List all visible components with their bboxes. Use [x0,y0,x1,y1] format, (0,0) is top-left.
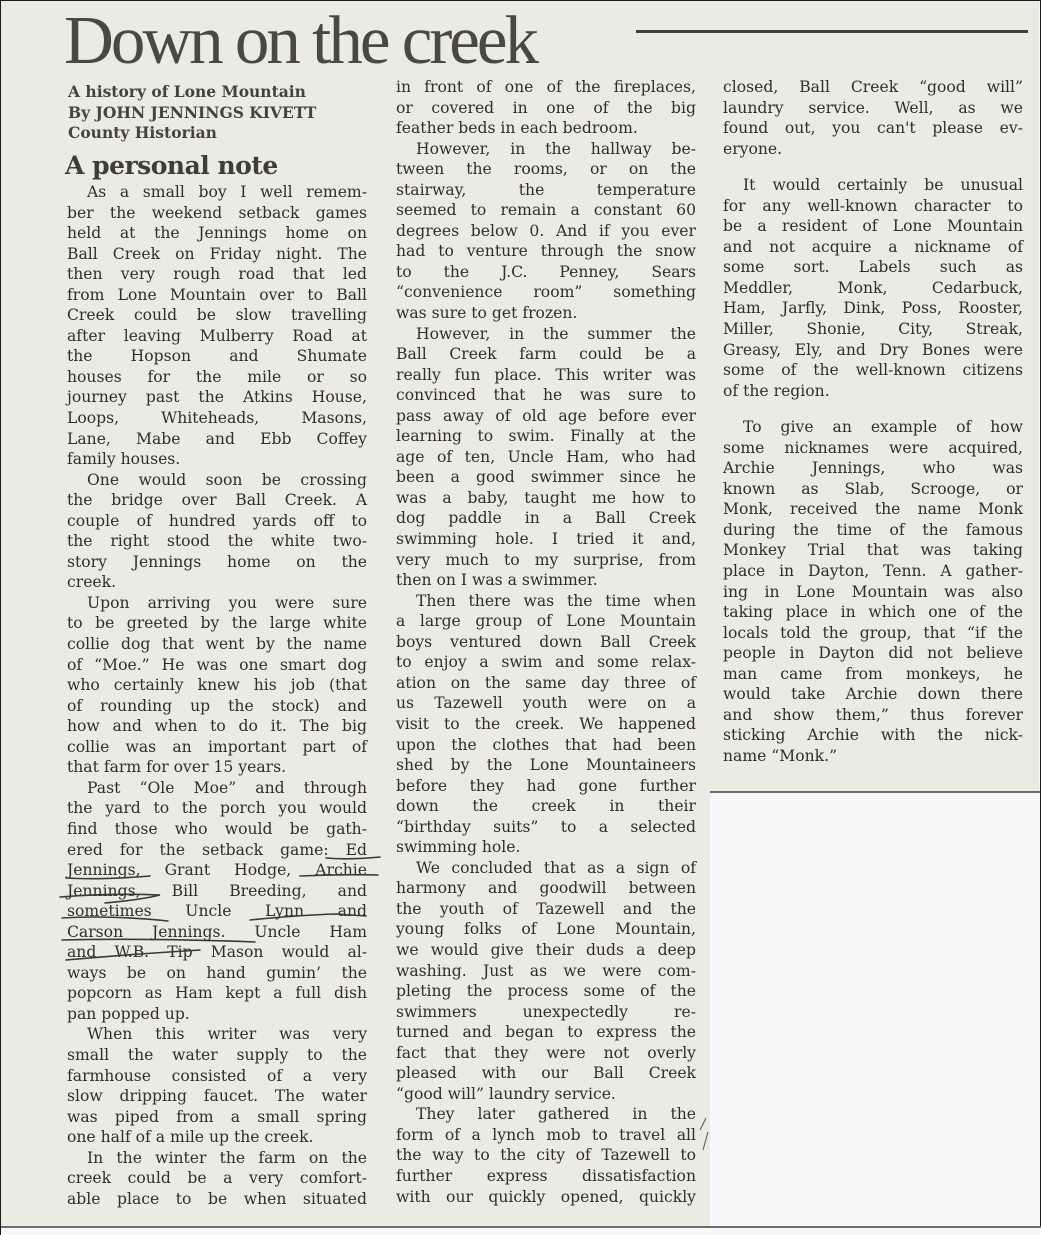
text-line: ing in Lone Mountain was also [723,582,1023,603]
text-line: Creek could be slow travelling [67,305,367,326]
text-line: However, in the hallway be- [396,139,696,160]
text-line: some nicknames were acquired, [723,438,1023,459]
text-line: visit to the creek. We happened [396,714,696,735]
text-line: further express dissatisfaction [396,1166,696,1187]
text-line: “convenience room” something [396,282,696,303]
text-line: young folks of Lone Mountain, [396,919,696,940]
text-line: learning to swim. Finally at the [396,426,696,447]
text-line: eryone. [723,139,1023,160]
text-line: To give an example of how [723,417,1023,438]
text-line: the youth of Tazewell and the [396,899,696,920]
text-line: to be greeted by the large white [67,613,367,634]
text-line: then on I was a swimmer. [396,570,696,591]
text-line: then very rough road that led [67,264,367,285]
text-line: very much to my surprise, from [396,550,696,571]
article-column-2: in front of one of the fireplaces,or cov… [396,77,696,1207]
text-line: was sure to get frozen. [396,303,696,324]
text-line: the way to the city of Tazewell to [396,1145,696,1166]
text-line: taking place in which one of the [723,602,1023,623]
text-line: collie was an important part of [67,737,367,758]
text-line: to enjoy a swim and some relax- [396,652,696,673]
text-line: a large group of Lone Mountain [396,611,696,632]
text-line: creek. [67,572,367,593]
text-line: couple of hundred yards off to [67,511,367,532]
text-line: pan popped up. [67,1004,367,1025]
text-line: Monkey Trial that was taking [723,540,1023,561]
paragraph-gap [723,401,1023,417]
text-line: turned and began to express the [396,1022,696,1043]
text-line: name “Monk.” [723,746,1023,767]
text-line: farmhouse consisted of a very [67,1066,367,1087]
text-line: known as Slab, Scrooge, or [723,479,1023,500]
text-line: harmony and goodwill between [396,878,696,899]
text-line: As a small boy I well remem- [67,182,367,203]
text-line: some of the well-known citizens [723,360,1023,381]
text-line: was a baby, taught me how to [396,488,696,509]
text-line: ways be on hand gumin’ the [67,963,367,984]
text-line: boys ventured down Ball Creek [396,632,696,653]
kicker: A history of Lone Mountain [68,82,378,103]
text-line: When this writer was very [67,1024,367,1045]
text-line: degrees below 0. And if you ever [396,221,696,242]
article-column-3: closed, Ball Creek “good will”laundry se… [723,77,1023,767]
text-line: down the creek in their [396,796,696,817]
text-line: In the winter the farm on the [67,1148,367,1169]
missing-clipping-area [710,791,1040,1235]
text-line: people in Dayton did not believe [723,643,1023,664]
text-line: before they had gone further [396,776,696,797]
text-line: the bridge over Ball Creek. A [67,490,367,511]
text-line: place in Dayton, Tenn. A gather- [723,561,1023,582]
text-line: us Tazewell youth were on a [396,693,696,714]
text-line: ered for the setback game: Ed [67,840,367,861]
text-line: “birthday suits” to a selected [396,817,696,838]
text-line: Past “Ole Moe” and through [67,778,367,799]
text-line: from Lone Mountain over to Ball [67,285,367,306]
text-line: pleting the process some of the [396,981,696,1002]
text-line: and not acquire a nickname of [723,237,1023,258]
text-line: would take Archie down there [723,684,1023,705]
text-line: with our quickly opened, quickly [396,1187,696,1208]
text-line: man came from monkeys, he [723,664,1023,685]
text-line: swimmers unexpectedly re- [396,1002,696,1023]
text-line: tween the rooms, or on the [396,159,696,180]
text-line: Then there was the time when [396,591,696,612]
text-line: Lane, Mabe and Ebb Coffey [67,429,367,450]
text-line: the yard to the porch you would [67,798,367,819]
text-line: swimming hole. I tried it and, [396,529,696,550]
text-line: upon the clothes that had been [396,735,696,756]
headline: Down on the creek [64,0,536,80]
text-line: of rounding up the stock) and [67,696,367,717]
text-line: washing. Just as we were com- [396,961,696,982]
text-line: “good will” laundry service. [396,1084,696,1105]
text-line: form of a lynch mob to travel all [396,1125,696,1146]
byline-block: A history of Lone Mountain By JOHN JENNI… [68,82,378,144]
text-line: Upon arriving you were sure [67,593,367,614]
text-line: been a good swimmer since he [396,467,696,488]
subhead: A personal note [65,150,278,182]
text-line: one half of a mile up the creek. [67,1127,367,1148]
clipping-bottom-edge [1,1226,1041,1235]
text-line: Jennings, Grant Hodge, Archie [67,860,367,881]
text-line: we would give their duds a deep [396,940,696,961]
text-line: some sort. Labels such as [723,257,1023,278]
text-line: able place to be when situated [67,1189,367,1210]
text-line: One would soon be crossing [67,470,367,491]
text-line: how and when to do it. The big [67,716,367,737]
text-line: Ball Creek on Friday night. The [67,244,367,265]
byline-author: By JOHN JENNINGS KIVETT [68,103,378,124]
text-line: pleased with our Ball Creek [396,1063,696,1084]
text-line: held at the Jennings home on [67,223,367,244]
text-line: ation on the same day three of [396,673,696,694]
text-line: to the J.C. Penney, Sears [396,262,696,283]
text-line: had to venture through the snow [396,241,696,262]
byline-title: County Historian [68,123,378,144]
text-line: pass away of old age before ever [396,406,696,427]
text-line: that farm for over 15 years. [67,757,367,778]
text-line: or covered in one of the big [396,98,696,119]
headline-rule [636,30,1028,33]
text-line: Loops, Whiteheads, Masons, [67,408,367,429]
text-line: of the region. [723,381,1023,402]
text-line: locals told the group, that “if the [723,623,1023,644]
text-line: dog paddle in a Ball Creek [396,508,696,529]
paragraph-gap [723,159,1023,175]
text-line: and W.B. Tip Mason would al- [67,942,367,963]
text-line: small the water supply to the [67,1045,367,1066]
text-line: However, in the summer the [396,324,696,345]
text-line: Monk, received the name Monk [723,499,1023,520]
text-line: the right stood the white two- [67,531,367,552]
text-line: during the time of the famous [723,520,1023,541]
text-line: be a resident of Lone Mountain [723,216,1023,237]
text-line: Jennings, Bill Breeding, and [67,881,367,902]
text-line: creek could be a very comfort- [67,1168,367,1189]
text-line: swimming hole. [396,837,696,858]
text-line: ber the weekend setback games [67,203,367,224]
text-line: laundry service. Well, as we [723,98,1023,119]
text-line: and show them,” thus forever [723,705,1023,726]
text-line: journey past the Atkins House, [67,387,367,408]
text-line: Ham, Jarfly, Dink, Poss, Rooster, [723,298,1023,319]
text-line: They later gathered in the [396,1104,696,1125]
text-line: Archie Jennings, who was [723,458,1023,479]
text-line: the Hopson and Shumate [67,346,367,367]
text-line: sometimes Uncle Lynn and [67,901,367,922]
text-line: Carson Jennings. Uncle Ham [67,922,367,943]
text-line: who certainly knew his job (that [67,675,367,696]
text-line: Greasy, Ely, and Dry Bones were [723,340,1023,361]
text-line: find those who would be gath- [67,819,367,840]
article-column-1: As a small boy I well remem-ber the week… [67,182,367,1209]
text-line: after leaving Mulberry Road at [67,326,367,347]
text-line: collie dog that went by the name [67,634,367,655]
text-line: for any well-known character to [723,196,1023,217]
text-line: in front of one of the fireplaces, [396,77,696,98]
text-line: sticking Archie with the nick- [723,725,1023,746]
text-line: seemed to remain a constant 60 [396,200,696,221]
text-line: Miller, Shonie, City, Streak, [723,319,1023,340]
text-line: stairway, the temperature [396,180,696,201]
text-line: It would certainly be unusual [723,175,1023,196]
text-line: Meddler, Monk, Cedarbuck, [723,278,1023,299]
text-line: fact that they were not overly [396,1043,696,1064]
text-line: family houses. [67,449,367,470]
text-line: shed by the Lone Mountaineers [396,755,696,776]
text-line: story Jennings home on the [67,552,367,573]
text-line: Ball Creek farm could be a [396,344,696,365]
text-line: closed, Ball Creek “good will” [723,77,1023,98]
text-line: convinced that he was sure to [396,385,696,406]
text-line: popcorn as Ham kept a full dish [67,983,367,1004]
text-line: slow dripping faucet. The water [67,1086,367,1107]
text-line: We concluded that as a sign of [396,858,696,879]
text-line: of “Moe.” He was one smart dog [67,655,367,676]
text-line: houses for the mile or so [67,367,367,388]
text-line: really fun place. This writer was [396,365,696,386]
text-line: found out, you can't please ev- [723,118,1023,139]
text-line: was piped from a small spring [67,1107,367,1128]
text-line: feather beds in each bedroom. [396,118,696,139]
text-line: age of ten, Uncle Ham, who had [396,447,696,468]
